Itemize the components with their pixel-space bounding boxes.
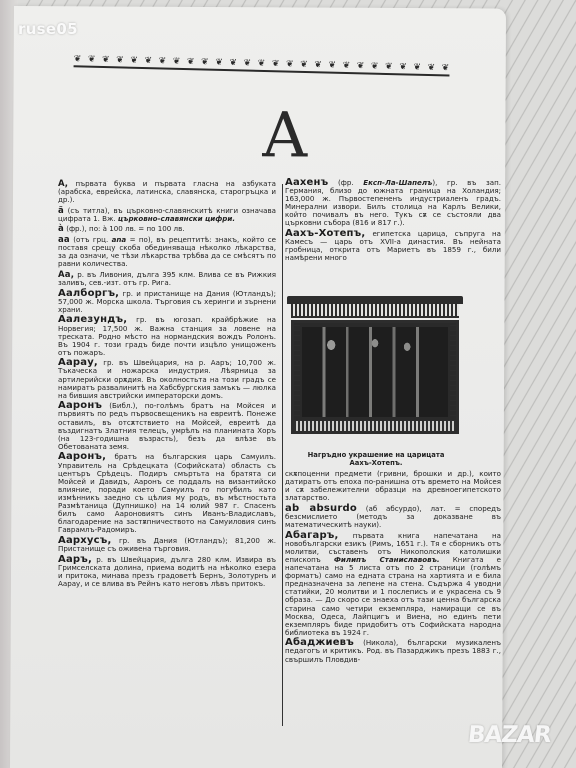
figure-frame (291, 320, 459, 434)
entry-text: първата буква и първата гласна на азбука… (58, 179, 276, 204)
ornament-leaf-icon: ❦ (116, 56, 124, 65)
ornament-leaf-icon: ❦ (102, 56, 110, 65)
section-letter: А (261, 104, 308, 166)
watermark-bazar-logo: BAZAR (467, 722, 552, 748)
dictionary-entry: Аа, р. въ Ливония, дълга 395 клм. Влива … (58, 271, 276, 287)
entry-text: р. въ Ливония, дълга 395 клм. Влива се в… (58, 270, 276, 287)
ornament-leaf-icon: ❦ (385, 63, 393, 72)
ornament-leaf-icon: ❦ (357, 62, 365, 71)
figure-cornice (287, 296, 463, 304)
ornament-leaf-icon: ❦ (413, 64, 421, 73)
dictionary-entry: скѫпоценни предмети (гривни, брошки и др… (285, 470, 501, 502)
entry-text: братъ на българския царь Самуилъ. Управи… (58, 452, 276, 534)
ornament-leaf-icon: ❦ (427, 64, 435, 73)
ornamental-border: ❦❦❦❦❦❦❦❦❦❦❦❦❦❦❦❦❦❦❦❦❦❦❦❦❦❦❦ (74, 53, 450, 76)
entry-italic-term: църковно-славянски цифри. (118, 214, 235, 223)
ornament-leaf-icon: ❦ (215, 59, 223, 68)
ornament-leaf-icon: ❦ (201, 58, 209, 67)
entry-text: (Библ.), по-голѣмъ братъ на Мойсея и пър… (58, 401, 276, 450)
dictionary-entry: Аалборгъ, гр. и пристанище на Дания (Ютл… (58, 290, 276, 314)
ornament-leaf-icon: ❦ (229, 59, 237, 68)
ornament-leaf-icon: ❦ (88, 56, 96, 65)
ornament-leaf-icon: ❦ (272, 60, 280, 69)
ornament-leaf-icon: ❦ (173, 58, 181, 67)
ornament-leaf-icon: ❦ (130, 57, 138, 66)
ornament-leaf-icon: ❦ (243, 59, 251, 68)
dictionary-entry: à (фр.), по: à 100 лв. = по 100 лв. (58, 225, 276, 233)
caption-line-2: Аахъ-Хотепъ. (287, 459, 465, 467)
figure-dentils (291, 304, 459, 318)
entry-text-continued: ), гр. въ зап. Германия, близо до южната… (285, 178, 501, 227)
ornament-leaf-icon: ❦ (442, 64, 450, 73)
ornament-leaf-icon: ❦ (286, 61, 294, 70)
entry-text: скѫпоценни предмети (гривни, брошки и др… (285, 469, 501, 502)
ornament-leaf-icon: ❦ (328, 62, 336, 71)
ornament-leaf-icon: ❦ (314, 61, 322, 70)
dictionary-entry: А, първата буква и първата гласна на азб… (58, 180, 276, 204)
caption-line-1: Нагръдно украшение на царицата (287, 451, 465, 459)
dictionary-entry: а̃ (съ титла), въ църковно-славянскитѣ к… (58, 207, 276, 223)
illustration-pectoral (287, 296, 463, 446)
dictionary-entry: Абаджиевъ (Никола), български музикаленъ… (285, 639, 501, 663)
ornament-leaf-icon: ❦ (74, 55, 82, 64)
left-column: А, първата буква и първата гласна на азб… (58, 180, 276, 590)
dictionary-entry: Аалезундъ, гр. въ югозап. крайбрѣжие на … (58, 316, 276, 356)
entry-text: (фр.), по: à 100 лв. = по 100 лв. (64, 224, 185, 233)
figure-base (294, 421, 456, 431)
dictionary-entry: Абагаръ, първата книга напечатана на нов… (285, 532, 501, 637)
figure-caption: Нагръдно украшение на царицата Аахъ-Хоте… (287, 451, 465, 467)
dictionary-entry: ab absurdo (аб абсурдо), лат. = споредъ … (285, 505, 501, 529)
watermark-seller: ruse05 (18, 20, 78, 38)
entry-text-continued: Книгата е напечатана на 5 листа отъ по 2… (285, 555, 501, 637)
dictionary-entry: Аарау, гр. въ Швейцария, на р. Ааръ; 10,… (58, 359, 276, 399)
dictionary-entry: Аахъ-Хотепъ, египетска царица, съпруга н… (285, 230, 501, 262)
right-column-upper: Аахенъ (фр. Експ-Ла-Шапелъ), гр. въ зап.… (285, 179, 501, 265)
right-column-lower: скѫпоценни предмети (гривни, брошки и др… (285, 470, 501, 666)
figure-scene (302, 327, 448, 417)
dictionary-entry: Ааронъ, братъ на българския царь Самуилъ… (58, 453, 276, 534)
ornament-leaf-icon: ❦ (144, 57, 152, 66)
ornament-leaf-icon: ❦ (343, 62, 351, 71)
ornament-leaf-icon: ❦ (258, 60, 266, 69)
dictionary-entry: Аахенъ (фр. Експ-Ла-Шапелъ), гр. въ зап.… (285, 179, 501, 228)
dictionary-entry: Аархусъ, гр. въ Дания (Ютландъ); 81,200 … (58, 537, 276, 553)
dictionary-entry: aa (отъ грц. ana = по), въ рецептитѣ: зн… (58, 236, 276, 268)
ornament-leaf-icon: ❦ (399, 63, 407, 72)
ornament-leaf-icon: ❦ (300, 61, 308, 70)
dictionary-entry: Ааронъ (Библ.), по-голѣмъ братъ на Мойсе… (58, 402, 276, 451)
column-divider (282, 184, 283, 726)
ornament-leaf-icon: ❦ (159, 57, 167, 66)
dictionary-entry: Ааръ, р. въ Швейцария, дълга 280 клм. Из… (58, 556, 276, 588)
ornament-leaf-icon: ❦ (187, 58, 195, 67)
ornament-leaf-icon: ❦ (371, 63, 379, 72)
